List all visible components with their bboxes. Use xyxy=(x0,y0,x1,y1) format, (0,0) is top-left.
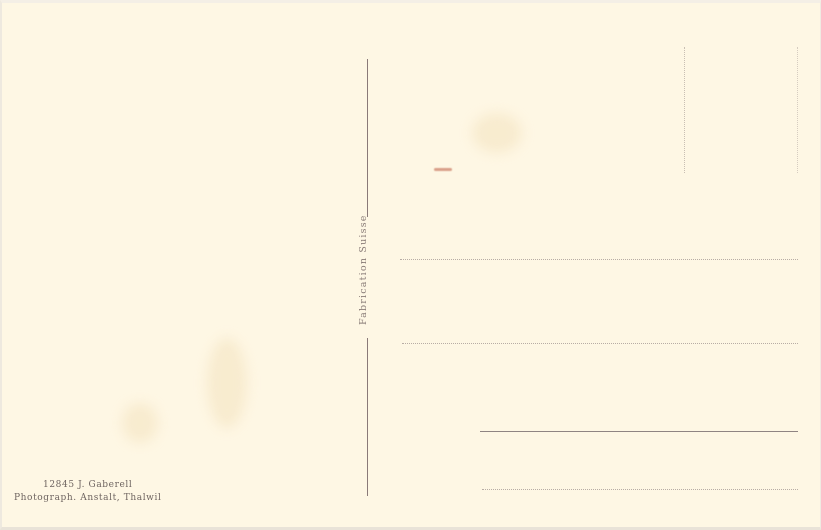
center-divider-top xyxy=(367,59,368,217)
address-line-2 xyxy=(402,343,798,344)
postcard-back: Fabrication Suisse 12845 J. Gaberell Pho… xyxy=(0,0,821,530)
divider-label: Fabrication Suisse xyxy=(358,214,369,325)
address-line-4 xyxy=(482,489,798,490)
publisher-imprint: 12845 J. Gaberell Photograph. Anstalt, T… xyxy=(14,479,161,505)
address-line-1 xyxy=(400,259,798,260)
center-divider-bottom xyxy=(367,338,368,496)
publisher-line-2: Photograph. Anstalt, Thalwil xyxy=(14,492,161,505)
ink-mark xyxy=(434,168,452,171)
foxing-stain xyxy=(122,403,158,443)
stamp-box xyxy=(684,47,798,173)
foxing-stain xyxy=(207,338,247,428)
publisher-line-1: 12845 J. Gaberell xyxy=(14,479,161,492)
foxing-stain xyxy=(472,113,522,153)
address-line-3 xyxy=(480,431,798,432)
